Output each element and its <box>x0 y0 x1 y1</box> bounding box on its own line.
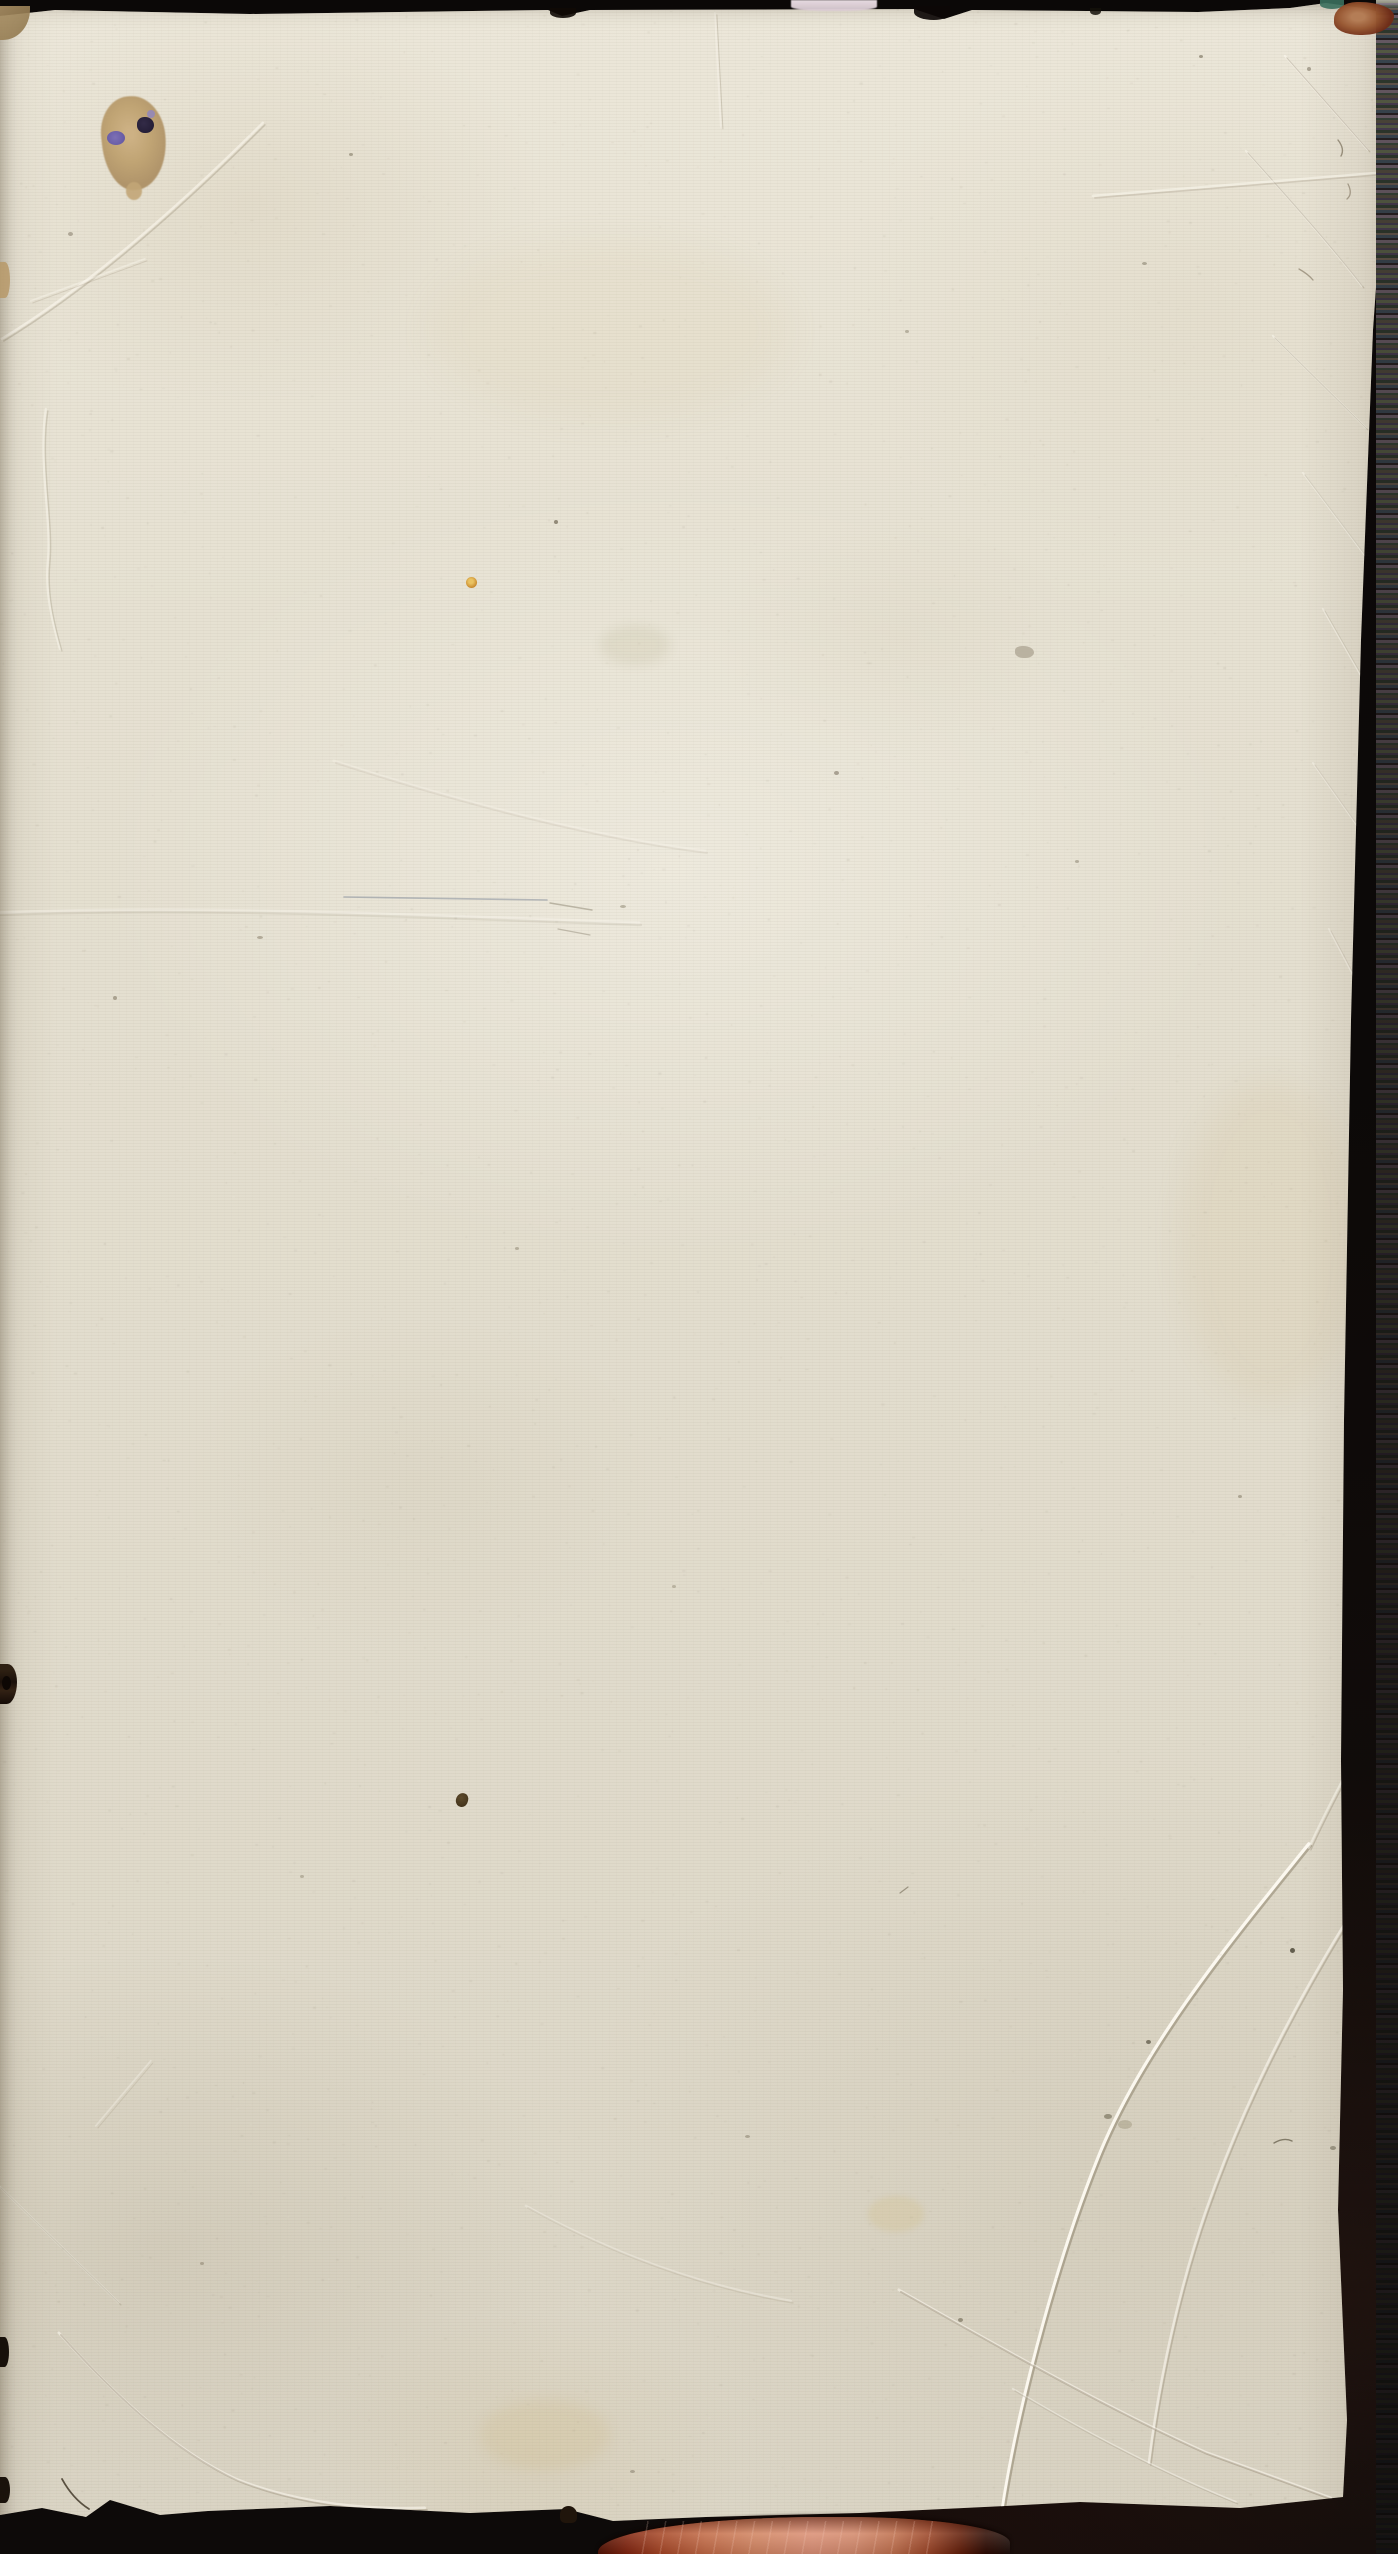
paper-speck <box>1307 67 1311 71</box>
yellow-stain-bottom-right <box>868 2196 924 2232</box>
warm-patch-mid-right <box>1180 1080 1360 1400</box>
paper-speck <box>1075 860 1079 863</box>
ink-blot-tail <box>126 182 142 200</box>
paper-speck <box>1330 2146 1336 2150</box>
paper-speck <box>1199 55 1203 58</box>
paper-speck <box>1142 262 1147 265</box>
gray-smudge <box>1015 646 1034 658</box>
paper-speck <box>349 153 353 156</box>
paper-speck <box>620 905 626 908</box>
paper-speck <box>1238 1495 1242 1498</box>
paper-page <box>0 0 1398 2554</box>
left-edge-nick <box>0 2337 9 2367</box>
paper-speck <box>554 520 558 524</box>
scanner-stripe-shading <box>1376 0 1398 2554</box>
paper-speck <box>257 936 263 939</box>
paper-speck <box>1146 2040 1151 2044</box>
ink-dot-navy <box>137 117 154 133</box>
bottom-edge-nub <box>560 2506 577 2523</box>
left-edge-tan-spot <box>0 262 10 298</box>
ink-dot-purple <box>107 131 125 145</box>
paper-speck <box>834 771 839 775</box>
top-edge-nick <box>914 6 950 20</box>
paper-speck <box>1118 2120 1132 2129</box>
paper-speck <box>200 2262 204 2265</box>
paper-speck <box>1290 1948 1295 1953</box>
paper-speck <box>745 2135 750 2138</box>
paper-speck <box>113 996 117 1000</box>
green-smudge <box>600 625 670 665</box>
amber-dot-stain <box>466 577 477 588</box>
yellow-stain-bottom <box>480 2400 610 2470</box>
edge-fiber-wisp <box>82 2517 122 2523</box>
paper-speck <box>958 2318 963 2322</box>
scanner-light-gap <box>791 0 877 11</box>
fingertip <box>598 2517 1010 2554</box>
paper-speck <box>905 330 909 333</box>
top-edge-nick <box>550 8 576 18</box>
paper-speck <box>630 2470 635 2473</box>
ink-speck-lavender <box>147 110 155 118</box>
warm-patch-top <box>430 240 790 420</box>
paper-speck <box>515 1247 519 1250</box>
paper-speck <box>68 232 73 236</box>
top-edge-nick <box>1090 8 1101 15</box>
paper-speck <box>300 1875 304 1878</box>
left-edge-nick <box>0 2477 10 2503</box>
scanned-page-photo <box>0 0 1398 2554</box>
binding-stitch-core <box>2 1676 11 1690</box>
scanner-edge-artifact <box>1376 0 1398 2554</box>
fingertip-skin-creases <box>631 2521 936 2554</box>
paper-speck <box>1104 2114 1112 2119</box>
paper-speck <box>672 1585 676 1588</box>
